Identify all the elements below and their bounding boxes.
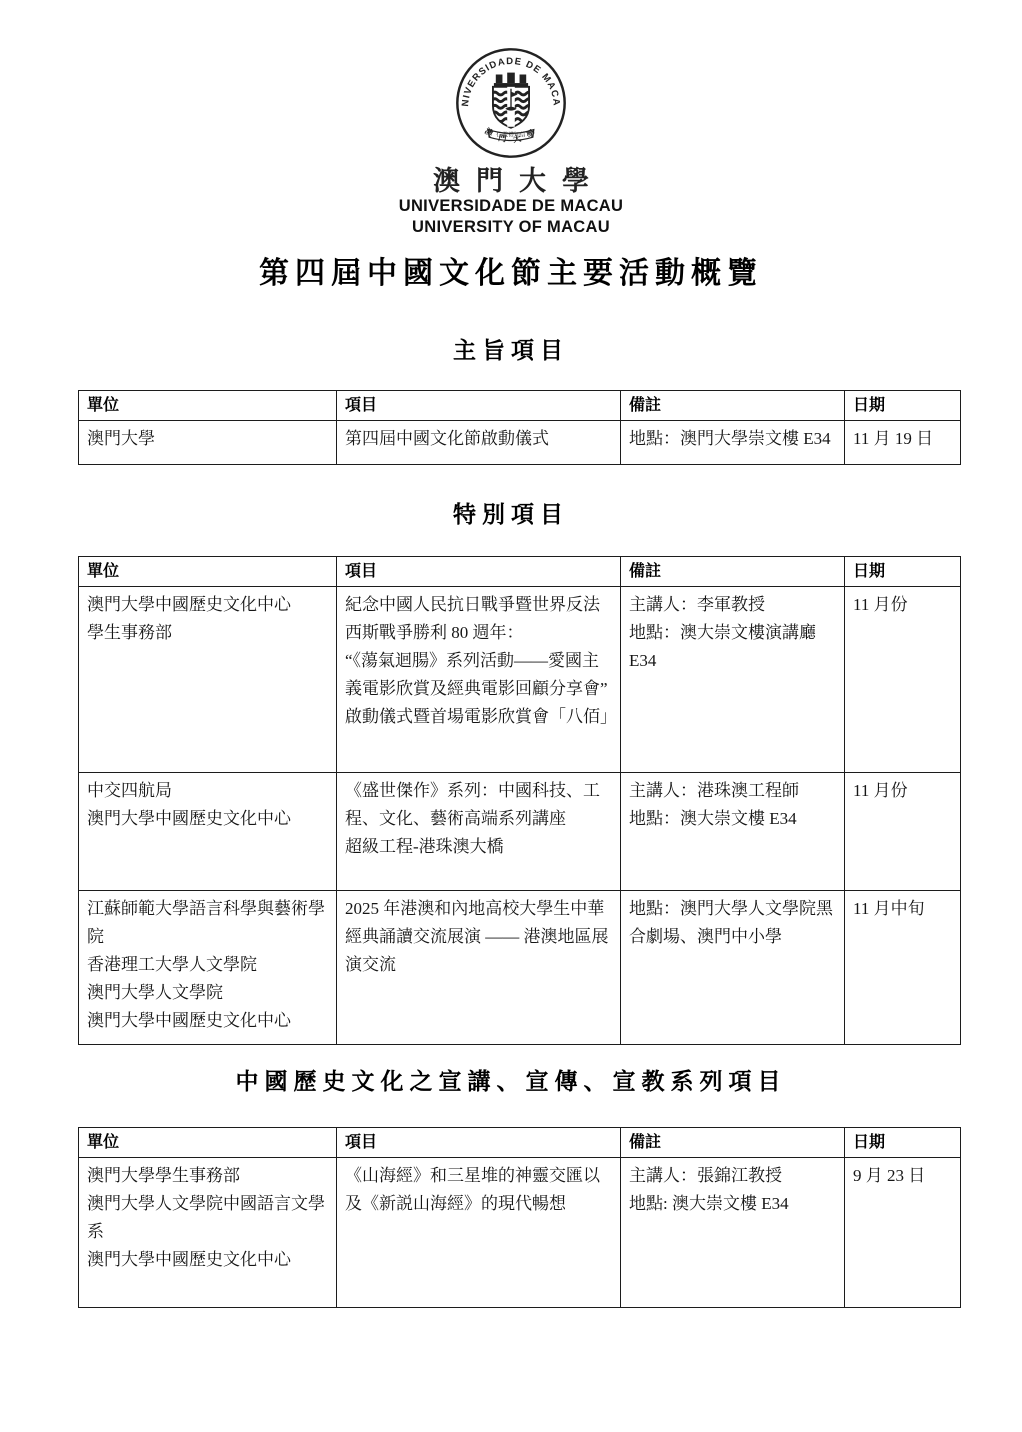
- lecture-series-table: 單位 項目 備註 日期 澳門大學學生事務部 澳門大學人文學院中國語言文學 系 澳…: [78, 1127, 961, 1308]
- document-page: UNIVERSIDADE DE MACAU: [0, 0, 1022, 1432]
- section-heading-special: 特別項目: [0, 500, 1022, 530]
- header-date: 日期: [845, 1128, 961, 1158]
- cell-remarks: 地點：澳門大學崇文樓 E34: [621, 421, 845, 465]
- cell-project: 2025 年港澳和內地高校大學生中華經典誦讀交流展演 —— 港澳地區展演交流: [337, 891, 621, 1045]
- cell-unit: 澳門大學中國歷史文化中心 學生事務部: [79, 587, 337, 773]
- cell-date: 11 月中旬: [845, 891, 961, 1045]
- seal-castle-battlements: [494, 73, 528, 87]
- main-theme-table: 單位 項目 備註 日期 澳門大學 第四屆中國文化節啟動儀式 地點：澳門大學崇文樓…: [78, 390, 961, 465]
- cell-project: 《山海經》和三星堆的神靈交匯以及《新説山海經》的現代暢想: [337, 1158, 621, 1308]
- university-name-portuguese: UNIVERSIDADE DE MACAU: [0, 196, 1022, 217]
- logo-block: UNIVERSIDADE DE MACAU: [0, 0, 1022, 238]
- header-remarks: 備註: [621, 557, 845, 587]
- header-project: 項目: [337, 557, 621, 587]
- table-row: 澳門大學中國歷史文化中心 學生事務部 紀念中國人民抗日戰爭暨世界反法西斯戰爭勝利…: [79, 587, 961, 773]
- cell-unit: 澳門大學學生事務部 澳門大學人文學院中國語言文學 系 澳門大學中國歷史文化中心: [79, 1158, 337, 1308]
- university-seal-icon: UNIVERSIDADE DE MACAU: [454, 46, 568, 160]
- cell-remarks: 地點：澳門大學人文學院黑合劇場、澳門中小學: [621, 891, 845, 1045]
- header-project: 項目: [337, 391, 621, 421]
- table-row: 澳門大學 第四屆中國文化節啟動儀式 地點：澳門大學崇文樓 E34 11 月 19…: [79, 421, 961, 465]
- table-row: 江蘇師範大學語言科學與藝術學 院 香港理工大學人文學院 澳門大學人文學院 澳門大…: [79, 891, 961, 1045]
- cell-date: 9 月 23 日: [845, 1158, 961, 1308]
- cell-project: 紀念中國人民抗日戰爭暨世界反法西斯戰爭勝利 80 週年： “《蕩氣迴腸》系列活動…: [337, 587, 621, 773]
- section-heading-main-theme: 主旨項目: [0, 336, 1022, 366]
- university-name-chinese: 澳門大學: [0, 166, 1022, 196]
- special-projects-table: 單位 項目 備註 日期 澳門大學中國歷史文化中心 學生事務部 紀念中國人民抗日戰…: [78, 556, 961, 1045]
- cell-remarks: 主講人：張錦江教授 地點: 澳大崇文樓 E34: [621, 1158, 845, 1308]
- table-header-row: 單位 項目 備註 日期: [79, 557, 961, 587]
- cell-project: 《盛世傑作》系列：中國科技、工程、文化、藝術高端系列講座 超級工程-港珠澳大橋: [337, 773, 621, 891]
- header-unit: 單位: [79, 557, 337, 587]
- cell-remarks: 主講人：李軍教授 地點：澳大崇文樓演講廳 E34: [621, 587, 845, 773]
- cell-unit: 中交四航局 澳門大學中國歷史文化中心: [79, 773, 337, 891]
- document-title: 第四屆中國文化節主要活動概覽: [0, 254, 1022, 294]
- header-date: 日期: [845, 557, 961, 587]
- table-header-row: 單位 項目 備註 日期: [79, 1128, 961, 1158]
- header-date: 日期: [845, 391, 961, 421]
- cell-remarks: 主講人：港珠澳工程師 地點：澳大崇文樓 E34: [621, 773, 845, 891]
- header-unit: 單位: [79, 1128, 337, 1158]
- university-name-english: UNIVERSITY OF MACAU: [0, 217, 1022, 238]
- table-header-row: 單位 項目 備註 日期: [79, 391, 961, 421]
- header-project: 項目: [337, 1128, 621, 1158]
- table-row: 中交四航局 澳門大學中國歷史文化中心 《盛世傑作》系列：中國科技、工程、文化、藝…: [79, 773, 961, 891]
- cell-date: 11 月份: [845, 587, 961, 773]
- header-unit: 單位: [79, 391, 337, 421]
- cell-unit: 澳門大學: [79, 421, 337, 465]
- section-heading-lecture-series: 中國歷史文化之宣講、宣傳、宣教系列項目: [0, 1067, 1022, 1097]
- cell-date: 11 月份: [845, 773, 961, 891]
- header-remarks: 備註: [621, 1128, 845, 1158]
- header-remarks: 備註: [621, 391, 845, 421]
- cell-date: 11 月 19 日: [845, 421, 961, 465]
- table-row: 澳門大學學生事務部 澳門大學人文學院中國語言文學 系 澳門大學中國歷史文化中心 …: [79, 1158, 961, 1308]
- cell-project: 第四屆中國文化節啟動儀式: [337, 421, 621, 465]
- cell-unit: 江蘇師範大學語言科學與藝術學 院 香港理工大學人文學院 澳門大學人文學院 澳門大…: [79, 891, 337, 1045]
